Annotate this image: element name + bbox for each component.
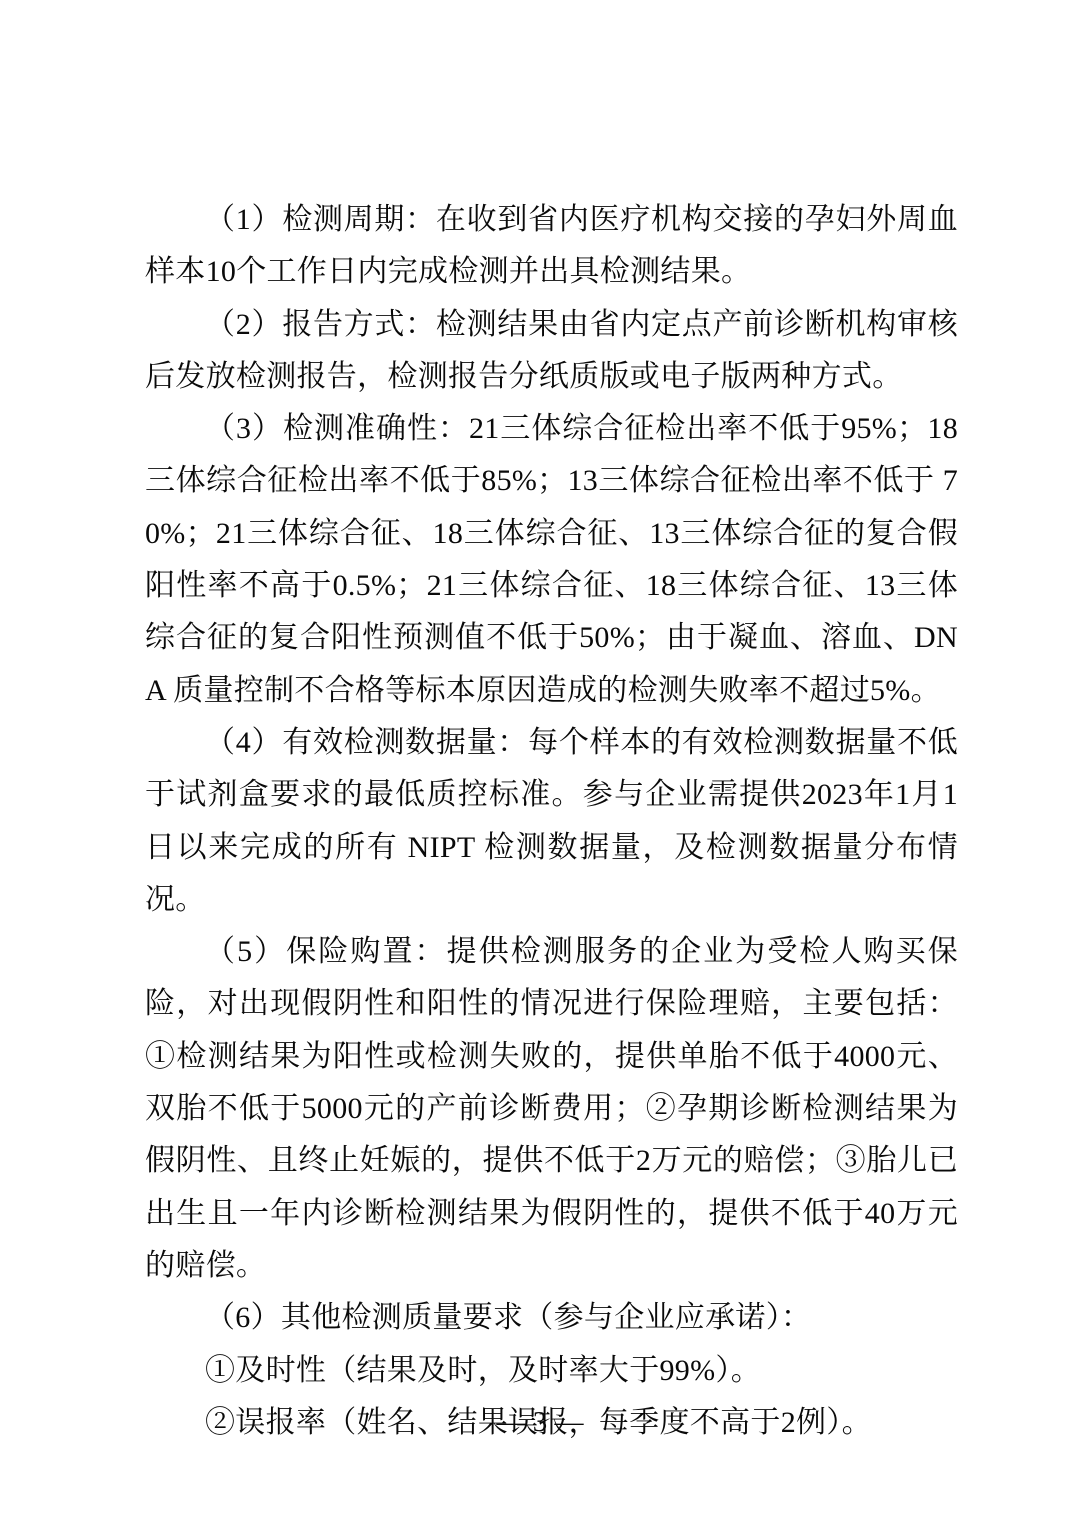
paragraph-item-3: （3）检测准确性：21三体综合征检出率不低于95%；18三体综合征检出率不低于8… xyxy=(145,403,958,717)
paragraph-item-6-sub-1: ①及时性（结果及时，及时率大于99%）。 xyxy=(145,1345,958,1397)
page-number: — 3 — xyxy=(0,1402,1080,1442)
paragraph-item-4: （4）有效检测数据量：每个样本的有效检测数据量不低于试剂盒要求的最低质控标准。参… xyxy=(145,717,958,926)
document-body: （1）检测周期：在收到省内医疗机构交接的孕妇外周血样本10个工作日内完成检测并出… xyxy=(145,194,958,1449)
paragraph-item-1: （1）检测周期：在收到省内医疗机构交接的孕妇外周血样本10个工作日内完成检测并出… xyxy=(145,194,958,299)
document-page: （1）检测周期：在收到省内医疗机构交接的孕妇外周血样本10个工作日内完成检测并出… xyxy=(0,0,1080,1526)
paragraph-item-6: （6）其他检测质量要求（参与企业应承诺）： xyxy=(145,1292,958,1344)
paragraph-item-5: （5）保险购置：提供检测服务的企业为受检人购买保险，对出现假阴性和阳性的情况进行… xyxy=(145,926,958,1292)
paragraph-item-2: （2）报告方式：检测结果由省内定点产前诊断机构审核后发放检测报告，检测报告分纸质… xyxy=(145,299,958,404)
